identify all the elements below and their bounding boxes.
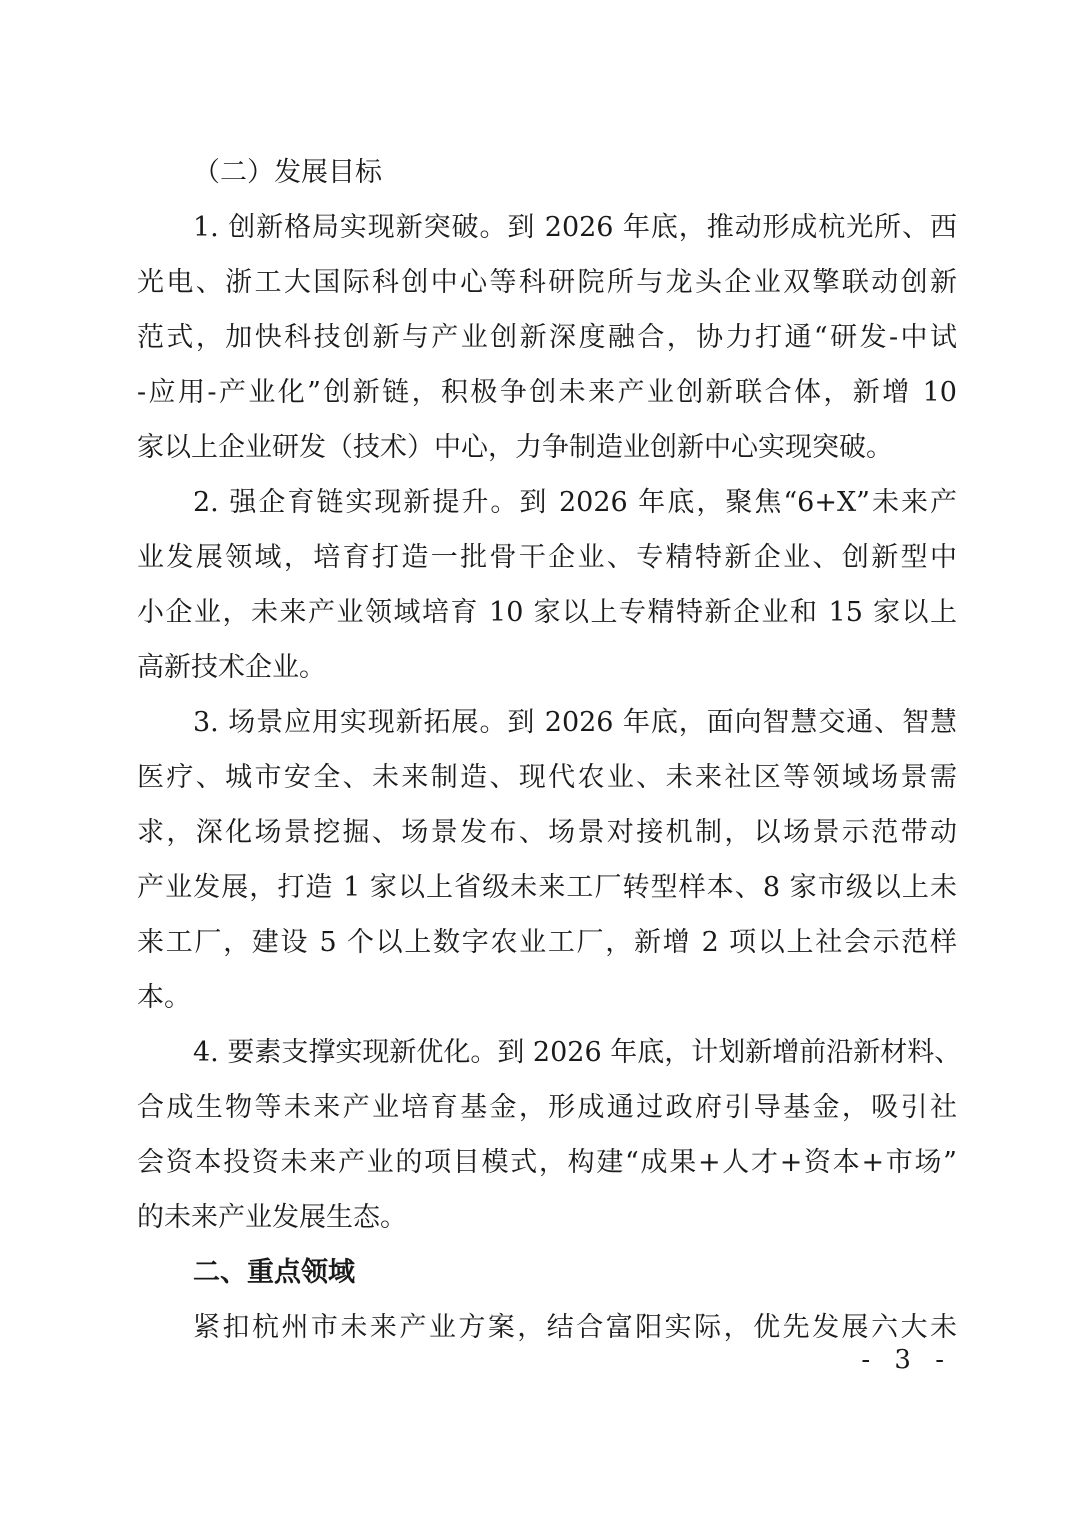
paragraph-line: 来工厂，建设 5 个以上数字农业工厂，新增 2 项以上社会示范样 [137,915,957,970]
section-heading-development-goals: （二）发展目标 [137,145,957,200]
page-number: - 3 - [861,1340,952,1380]
paragraph-line: 高新技术企业。 [137,640,957,695]
paragraph-line: 小企业，未来产业领域培育 10 家以上专精特新企业和 15 家以上 [137,585,957,640]
paragraph-line: 医疗、城市安全、未来制造、现代农业、未来社区等领域场景需 [137,750,957,805]
paragraph-line: 光电、浙工大国际科创中心等科研院所与龙头企业双擎联动创新 [137,255,957,310]
paragraph-line: 1. 创新格局实现新突破。到 2026 年底，推动形成杭光所、西 [137,200,957,255]
paragraph-line: 产业发展，打造 1 家以上省级未来工厂转型样本、8 家市级以上未 [137,860,957,915]
chapter-heading-key-areas: 二、重点领域 [137,1245,957,1300]
paragraph-line: 3. 场景应用实现新拓展。到 2026 年底，面向智慧交通、智慧 [137,695,957,750]
paragraph-line: 业发展领域，培育打造一批骨干企业、专精特新企业、创新型中 [137,530,957,585]
paragraph-line: 范式，加快科技创新与产业创新深度融合，协力打通“研发-中试 [137,310,957,365]
paragraph-line-key-areas-intro: 紧扣杭州市未来产业方案，结合富阳实际，优先发展六大未 [137,1300,957,1355]
paragraph-line: 求，深化场景挖掘、场景发布、场景对接机制，以场景示范带动 [137,805,957,860]
paragraph-line: 家以上企业研发（技术）中心，力争制造业创新中心实现突破。 [137,420,957,475]
paragraph-line: -应用-产业化”创新链，积极争创未来产业创新联合体，新增 10 [137,365,957,420]
paragraph-goal-3: 3. 场景应用实现新拓展。到 2026 年底，面向智慧交通、智慧 医疗、城市安全… [137,695,957,1025]
paragraph-line: 本。 [137,970,957,1025]
paragraph-line: 的未来产业发展生态。 [137,1190,957,1245]
paragraph-line: 合成生物等未来产业培育基金，形成通过政府引导基金，吸引社 [137,1080,957,1135]
paragraph-line: 会资本投资未来产业的项目模式，构建“成果+人才+资本+市场” [137,1135,957,1190]
paragraph-goal-1: 1. 创新格局实现新突破。到 2026 年底，推动形成杭光所、西 光电、浙工大国… [137,200,957,475]
paragraph-goal-2: 2. 强企育链实现新提升。到 2026 年底，聚焦“6+X”未来产 业发展领域，… [137,475,957,695]
paragraph-line: 4. 要素支撑实现新优化。到 2026 年底，计划新增前沿新材料、 [137,1025,957,1080]
paragraph-line: 2. 强企育链实现新提升。到 2026 年底，聚焦“6+X”未来产 [137,475,957,530]
document-page: （二）发展目标 1. 创新格局实现新突破。到 2026 年底，推动形成杭光所、西… [137,145,957,1355]
paragraph-goal-4: 4. 要素支撑实现新优化。到 2026 年底，计划新增前沿新材料、 合成生物等未… [137,1025,957,1245]
